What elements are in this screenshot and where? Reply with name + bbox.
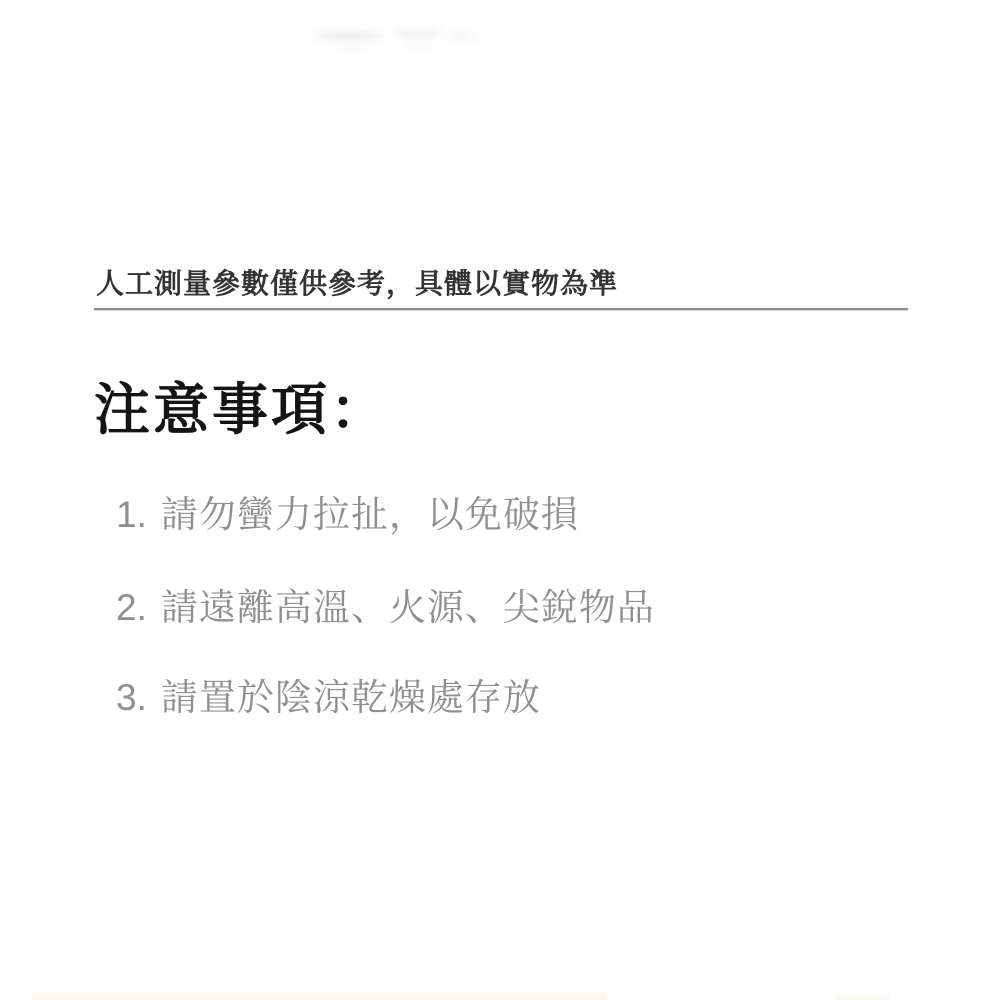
- measurement-disclaimer-text: 人工測量參數僅供參考，具體以實物為準: [96, 262, 618, 302]
- note-number: 2.: [116, 587, 147, 629]
- faint-strip: [32, 989, 607, 1000]
- note-number: 1.: [116, 494, 147, 536]
- note-text: 請置於陰涼乾燥處存放: [161, 667, 541, 721]
- note-item-1: 1.請勿蠻力拉扯，以免破損: [116, 484, 579, 538]
- faint-top-artifact: [305, 28, 480, 54]
- divider-line: [94, 308, 908, 311]
- note-number: 3.: [116, 677, 147, 719]
- smudge-mark: [393, 30, 443, 37]
- smudge-mark: [335, 44, 369, 49]
- note-text: 請遠離高溫、火源、尖銳物品: [161, 577, 655, 631]
- smudge-mark: [315, 32, 385, 39]
- smudge-mark: [405, 43, 435, 48]
- faint-strip: [835, 992, 890, 1000]
- smudge-mark: [447, 34, 477, 39]
- note-item-3: 3.請置於陰涼乾燥處存放: [116, 667, 541, 721]
- note-item-2: 2.請遠離高溫、火源、尖銳物品: [116, 577, 655, 631]
- notes-heading: 注意事項：: [94, 366, 389, 446]
- faint-bottom-artifact: [0, 986, 1000, 1000]
- note-text: 請勿蠻力拉扯，以免破損: [161, 484, 579, 538]
- product-notes-panel: 人工測量參數僅供參考，具體以實物為準 注意事項： 1.請勿蠻力拉扯，以免破損 2…: [0, 0, 1000, 1000]
